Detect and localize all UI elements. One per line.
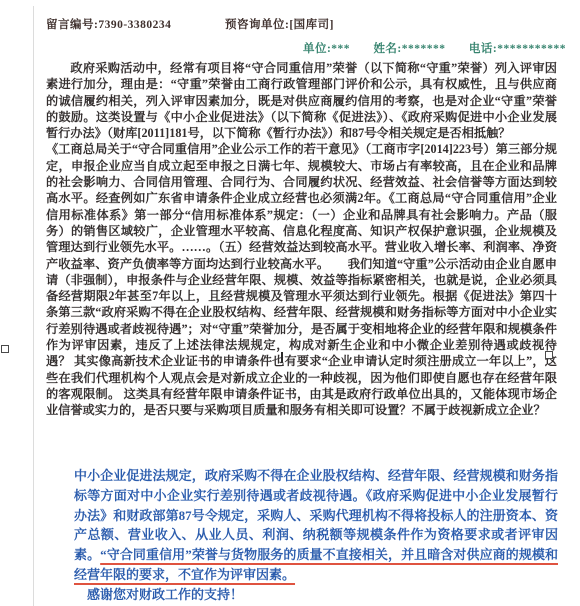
message-header: 留言编号:7390-3380234 预咨询单位:[国库司] (46, 16, 560, 32)
question-paragraph-2: 《工商总局关于“守合同重信用”企业公示工作的若干意见》（工商市字[2014]22… (46, 141, 557, 418)
reply-paragraph: 中小企业促进法规定，政府采购不得在企业股权结构、经营年限、经营规模和财务指标等方… (74, 466, 558, 585)
reply-underlined-text: “守合同重信用”荣誉与货物服务的质量不直接相关，并且暗含对供应商的规模和经营年限… (74, 547, 558, 582)
text-cursor-artifact (281, 352, 283, 363)
contact-info: 单位:*** 姓名:******* 电话:*********** (283, 40, 566, 56)
inquiry-unit: 预咨询单位:[国库司] (225, 16, 334, 32)
message-number: 留言编号:7390-3380234 (46, 16, 171, 32)
left-resize-handle[interactable] (1, 345, 9, 353)
contact-phone: 电话:*********** (469, 43, 566, 55)
message-consultation-page: 留言编号:7390-3380234 预咨询单位:[国库司] 单位:*** 姓名:… (0, 0, 580, 606)
left-frame-line (33, 6, 34, 606)
right-resize-handle[interactable] (545, 351, 553, 359)
question-paragraph-1: 政府采购活动中，经常有项目将“守合同重信用”荣誉（以下简称“守重”荣誉）列入评审… (46, 60, 557, 141)
question-body: 政府采购活动中，经常有项目将“守合同重信用”荣誉（以下简称“守重”荣誉）列入评审… (46, 60, 557, 419)
contact-unit: 单位:*** (303, 43, 350, 55)
official-reply: 中小企业促进法规定，政府采购不得在企业股权结构、经营年限、经营规模和财务指标等方… (74, 466, 558, 605)
reply-thanks: 感谢您对财政工作的支持！ (74, 585, 558, 605)
contact-name: 姓名:******* (373, 43, 445, 55)
